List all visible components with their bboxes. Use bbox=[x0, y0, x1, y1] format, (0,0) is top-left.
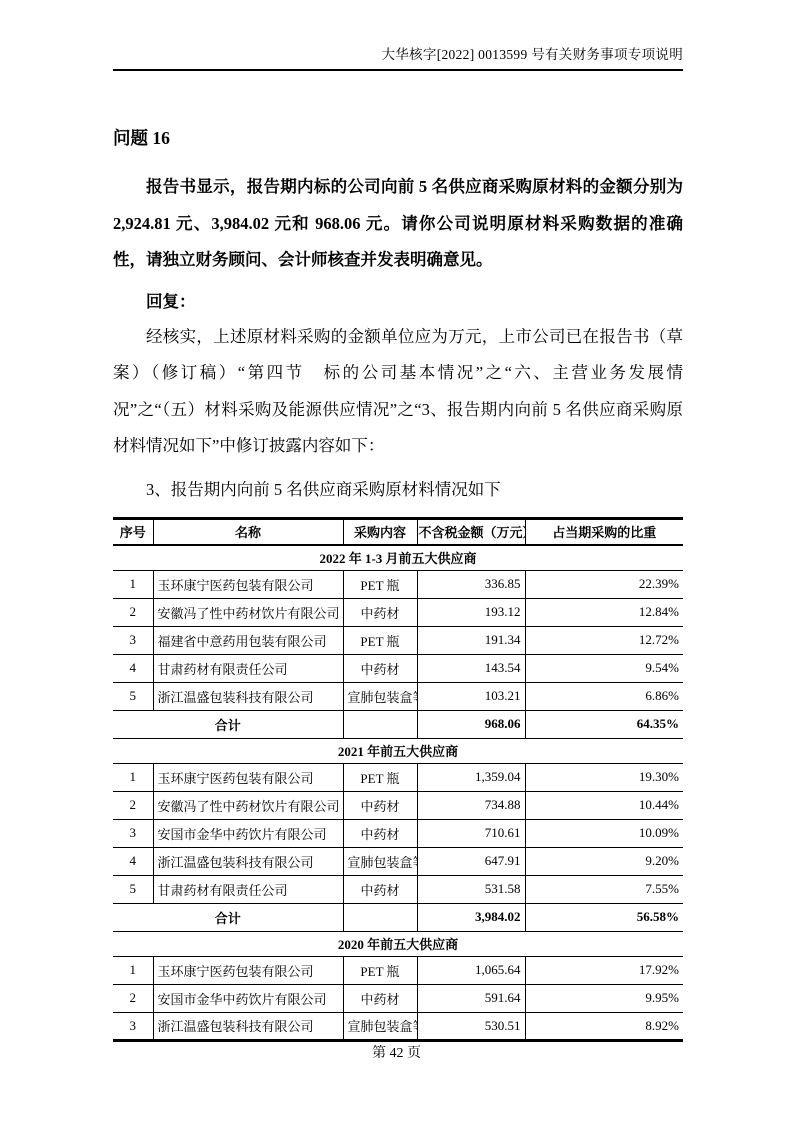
table-cell: 3 bbox=[113, 819, 153, 847]
total-row: 合计968.0664.35% bbox=[113, 710, 683, 738]
table-cell: 103.21 bbox=[417, 682, 525, 710]
question-text: 报告书显示，报告期内标的公司向前 5 名供应商采购原材料的金额分别为 2,924… bbox=[113, 169, 683, 279]
total-ratio: 64.35% bbox=[525, 710, 683, 738]
table-cell: 17.92% bbox=[525, 956, 683, 984]
table-row: 4浙江温盛包装科技有限公司宣肺包装盒等647.919.20% bbox=[113, 847, 683, 875]
table-cell: 玉环康宁医药包装有限公司 bbox=[153, 763, 343, 791]
table-cell: 浙江温盛包装科技有限公司 bbox=[153, 847, 343, 875]
table-cell: 宣肺包装盒等 bbox=[343, 1012, 417, 1040]
column-header: 名称 bbox=[153, 518, 343, 545]
table-cell: 3 bbox=[113, 1012, 153, 1040]
question-title: 问题 16 bbox=[113, 127, 683, 149]
table-cell: 143.54 bbox=[417, 654, 525, 682]
total-ratio: 56.58% bbox=[525, 903, 683, 931]
table-cell: 734.88 bbox=[417, 791, 525, 819]
table-row: 3浙江温盛包装科技有限公司宣肺包装盒等530.518.92% bbox=[113, 1012, 683, 1040]
table-cell: 6.86% bbox=[525, 682, 683, 710]
section-title-row: 2022 年 1-3 月前五大供应商 bbox=[113, 545, 683, 570]
section-title: 2020 年前五大供应商 bbox=[113, 931, 683, 956]
table-row: 1玉环康宁医药包装有限公司PET 瓶336.8522.39% bbox=[113, 570, 683, 598]
table-row: 3福建省中意药用包装有限公司PET 瓶191.3412.72% bbox=[113, 626, 683, 654]
list-item: 3、报告期内向前 5 名供应商采购原材料情况如下 bbox=[113, 475, 683, 505]
table-row: 4甘肃药材有限责任公司中药材143.549.54% bbox=[113, 654, 683, 682]
table-cell: 531.58 bbox=[417, 875, 525, 903]
section-title: 2021 年前五大供应商 bbox=[113, 738, 683, 763]
document-page: 大华核字[2022] 0013599 号有关财务事项专项说明 问题 16 报告书… bbox=[0, 0, 793, 1122]
reply-label: 回复： bbox=[113, 287, 683, 317]
table-cell: 5 bbox=[113, 875, 153, 903]
table-cell: 中药材 bbox=[343, 598, 417, 626]
table-cell: 安国市金华中药饮片有限公司 bbox=[153, 819, 343, 847]
table-cell: 336.85 bbox=[417, 570, 525, 598]
column-header: 不含税金额（万元） bbox=[417, 518, 525, 545]
column-header: 占当期采购的比重 bbox=[525, 518, 683, 545]
table-cell: 玉环康宁医药包装有限公司 bbox=[153, 570, 343, 598]
column-header: 采购内容 bbox=[343, 518, 417, 545]
table-cell: 中药材 bbox=[343, 984, 417, 1012]
table-cell: 浙江温盛包装科技有限公司 bbox=[153, 1012, 343, 1040]
table-cell: 福建省中意药用包装有限公司 bbox=[153, 626, 343, 654]
document-reference: 大华核字[2022] 0013599 号有关财务事项专项说明 bbox=[382, 47, 684, 62]
table-row: 3安国市金华中药饮片有限公司中药材710.6110.09% bbox=[113, 819, 683, 847]
section-title-row: 2020 年前五大供应商 bbox=[113, 931, 683, 956]
page-footer: 第 42 页 bbox=[0, 1042, 793, 1062]
table-cell: 191.34 bbox=[417, 626, 525, 654]
total-label: 合计 bbox=[113, 710, 343, 738]
table-cell: 2 bbox=[113, 791, 153, 819]
table-cell: PET 瓶 bbox=[343, 763, 417, 791]
section-title-row: 2021 年前五大供应商 bbox=[113, 738, 683, 763]
table-cell: 22.39% bbox=[525, 570, 683, 598]
table-row: 5浙江温盛包装科技有限公司宣肺包装盒等103.216.86% bbox=[113, 682, 683, 710]
table-cell: 8.92% bbox=[525, 1012, 683, 1040]
table-cell: 2 bbox=[113, 984, 153, 1012]
table-cell: 4 bbox=[113, 654, 153, 682]
table-cell: 9.54% bbox=[525, 654, 683, 682]
table-cell: 甘肃药材有限责任公司 bbox=[153, 875, 343, 903]
table-cell: 中药材 bbox=[343, 875, 417, 903]
table-row: 5甘肃药材有限责任公司中药材531.587.55% bbox=[113, 875, 683, 903]
document-header: 大华核字[2022] 0013599 号有关财务事项专项说明 bbox=[113, 46, 683, 71]
table-cell: 宣肺包装盒等 bbox=[343, 847, 417, 875]
table-cell: 12.72% bbox=[525, 626, 683, 654]
table-cell: 4 bbox=[113, 847, 153, 875]
table-row: 1玉环康宁医药包装有限公司PET 瓶1,065.6417.92% bbox=[113, 956, 683, 984]
column-header: 序号 bbox=[113, 518, 153, 545]
table-row: 2安徽冯了性中药材饮片有限公司中药材193.1212.84% bbox=[113, 598, 683, 626]
table-cell: 19.30% bbox=[525, 763, 683, 791]
table-cell: 193.12 bbox=[417, 598, 525, 626]
table-row: 1玉环康宁医药包装有限公司PET 瓶1,359.0419.30% bbox=[113, 763, 683, 791]
total-empty-cell bbox=[343, 710, 417, 738]
table-cell: 1,359.04 bbox=[417, 763, 525, 791]
table-cell: PET 瓶 bbox=[343, 956, 417, 984]
total-label: 合计 bbox=[113, 903, 343, 931]
table-cell: 浙江温盛包装科技有限公司 bbox=[153, 682, 343, 710]
table-cell: 1,065.64 bbox=[417, 956, 525, 984]
table-cell: 中药材 bbox=[343, 791, 417, 819]
table-cell: 宣肺包装盒等 bbox=[343, 682, 417, 710]
table-cell: 安徽冯了性中药材饮片有限公司 bbox=[153, 598, 343, 626]
table-cell: 中药材 bbox=[343, 819, 417, 847]
total-empty-cell bbox=[343, 903, 417, 931]
table-cell: 2 bbox=[113, 598, 153, 626]
table-cell: 530.51 bbox=[417, 1012, 525, 1040]
table-cell: 7.55% bbox=[525, 875, 683, 903]
page-number: 第 42 页 bbox=[372, 1046, 421, 1061]
table-cell: 安国市金华中药饮片有限公司 bbox=[153, 984, 343, 1012]
suppliers-table: 序号名称采购内容不含税金额（万元）占当期采购的比重2022 年 1-3 月前五大… bbox=[113, 517, 683, 1042]
table-cell: 1 bbox=[113, 763, 153, 791]
table-cell: 710.61 bbox=[417, 819, 525, 847]
table-row: 2安徽冯了性中药材饮片有限公司中药材734.8810.44% bbox=[113, 791, 683, 819]
table-cell: 甘肃药材有限责任公司 bbox=[153, 654, 343, 682]
table-cell: 5 bbox=[113, 682, 153, 710]
table-row: 2安国市金华中药饮片有限公司中药材591.649.95% bbox=[113, 984, 683, 1012]
reply-paragraph: 经核实，上述原材料采购的金额单位应为万元，上市公司已在报告书（草案）（修订稿）“… bbox=[113, 319, 683, 465]
table-cell: 12.84% bbox=[525, 598, 683, 626]
table-cell: PET 瓶 bbox=[343, 570, 417, 598]
table-cell: 中药材 bbox=[343, 654, 417, 682]
table-cell: 647.91 bbox=[417, 847, 525, 875]
table-cell: 1 bbox=[113, 570, 153, 598]
total-amount: 968.06 bbox=[417, 710, 525, 738]
table-cell: 安徽冯了性中药材饮片有限公司 bbox=[153, 791, 343, 819]
table-cell: 10.44% bbox=[525, 791, 683, 819]
table-cell: 玉环康宁医药包装有限公司 bbox=[153, 956, 343, 984]
table-cell: 10.09% bbox=[525, 819, 683, 847]
table-cell: PET 瓶 bbox=[343, 626, 417, 654]
table-cell: 9.20% bbox=[525, 847, 683, 875]
total-amount: 3,984.02 bbox=[417, 903, 525, 931]
table-cell: 591.64 bbox=[417, 984, 525, 1012]
total-row: 合计3,984.0256.58% bbox=[113, 903, 683, 931]
section-title: 2022 年 1-3 月前五大供应商 bbox=[113, 545, 683, 570]
table-cell: 3 bbox=[113, 626, 153, 654]
table-cell: 9.95% bbox=[525, 984, 683, 1012]
table-header-row: 序号名称采购内容不含税金额（万元）占当期采购的比重 bbox=[113, 518, 683, 545]
table-cell: 1 bbox=[113, 956, 153, 984]
